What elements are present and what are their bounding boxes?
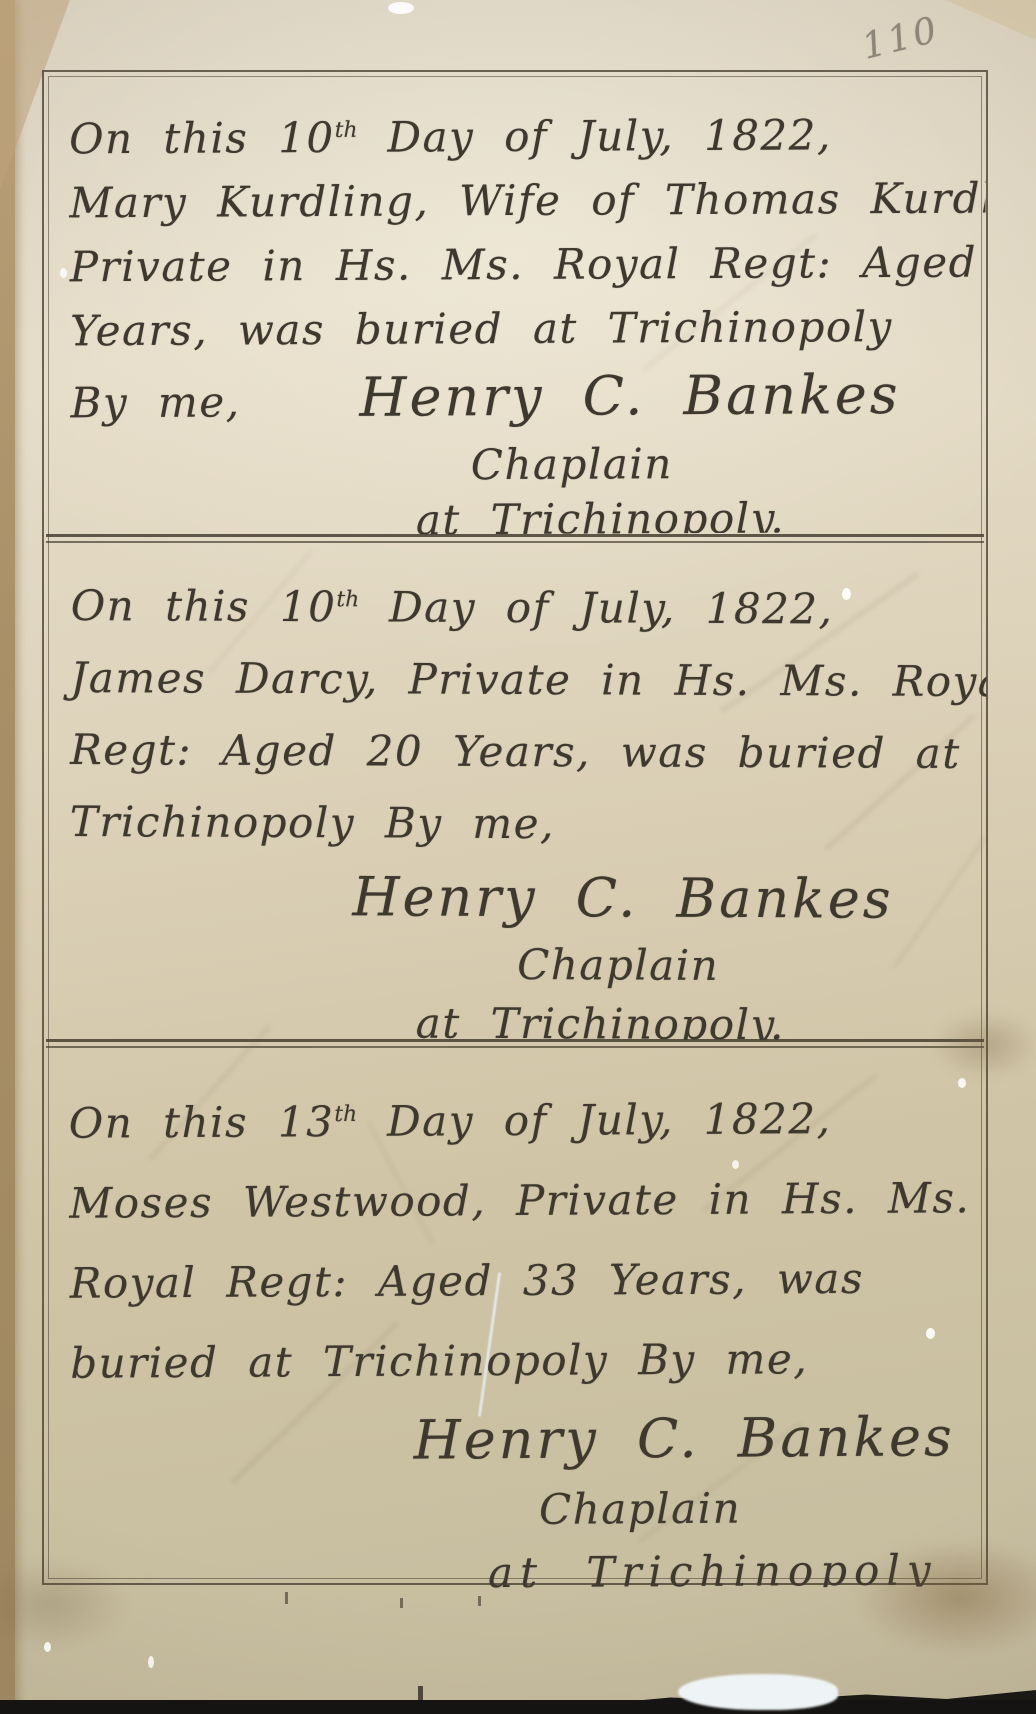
page-number: 110 — [858, 9, 943, 68]
page-left-edge — [0, 0, 15, 1714]
entry-1-line-4: Years, was buried at Trichinopoly — [70, 295, 972, 364]
entry-3-line-4: buried at Trichinopoly By me, — [70, 1318, 972, 1404]
entry-3-signature-row: Henry C. Bankes — [71, 1398, 973, 1482]
entry-2-signature-place: at Trichinopoly. — [69, 992, 971, 1041]
entry-2-line-4: Trichinopoly By me, — [70, 786, 972, 862]
entry-2-signature-title: Chaplain — [69, 934, 971, 996]
entry-1-signature: Henry C. Bankes — [359, 359, 900, 434]
entry-3-line-3: Royal Regt: Aged 33 Years, was — [70, 1238, 972, 1324]
ink-tick — [400, 1598, 403, 1608]
entry-1-date-line: On this 10th Day of July, 1822, — [69, 96, 971, 172]
entry-1-line-3: Private in Hs. Ms. Royal Regt: Aged 32 — [70, 231, 972, 300]
entry-2-line-3: Regt: Aged 20 Years, was buried at — [70, 714, 972, 790]
entry-3-line-2: Moses Westwood, Private in Hs. Ms. — [69, 1158, 971, 1244]
register-frame: On this 10th Day of July, 1822, Mary Kur… — [42, 70, 988, 1585]
entry-2-signature: Henry C. Bankes — [352, 859, 893, 937]
entry-3-day: 13 — [278, 1097, 335, 1146]
entry-1-signature-place: at Trichinopoly. — [71, 490, 973, 537]
entry-2-date-line: On this 10th Day of July, 1822, — [71, 563, 973, 646]
entry-1-day: 10 — [278, 113, 335, 162]
entry-2-ordinal: th — [336, 587, 359, 612]
entry-3-ordinal: th — [334, 1102, 357, 1127]
entry-1-signature-row: By me, Henry C. Bankes — [70, 359, 972, 440]
entry-3-date-line: On this 13th Day of July, 1822, — [69, 1071, 972, 1164]
burial-entry-1: On this 10th Day of July, 1822, Mary Kur… — [43, 70, 987, 537]
paper-glint — [148, 1656, 154, 1668]
entry-1-signature-title: Chaplain — [71, 435, 973, 495]
entry-1-ordinal: th — [335, 118, 358, 143]
page-corner-top-right — [946, 0, 1036, 40]
burial-entry-3: On this 13th Day of July, 1822, Moses We… — [42, 1045, 987, 1592]
entry-3-signature-place: at Trichinopoly — [71, 1538, 973, 1592]
paper-glint — [44, 1642, 51, 1652]
table-edge — [0, 1700, 1036, 1714]
entry-1-by-me: By me, — [70, 366, 240, 439]
entry-2-line-2: James Darcy, Private in Hs. Ms. Royal — [70, 642, 972, 718]
entry-2-day: 10 — [280, 582, 337, 631]
entry-2-signature-row: Henry C. Bankes — [69, 858, 971, 938]
register-photo: 110 On this 10th Day of July, 1822, Mary… — [0, 0, 1036, 1714]
entry-1-line-2: Mary Kurdling, Wife of Thomas Kurdling, — [69, 167, 971, 236]
burial-entry-2: On this 10th Day of July, 1822, James Da… — [43, 541, 987, 1041]
entry-3-signature-title: Chaplain — [71, 1476, 973, 1544]
entry-3-signature: Henry C. Bankes — [413, 1398, 955, 1479]
paper-glint — [388, 2, 414, 14]
bottom-glint — [678, 1674, 838, 1710]
ink-tick — [478, 1596, 481, 1606]
ink-tick — [285, 1592, 288, 1604]
